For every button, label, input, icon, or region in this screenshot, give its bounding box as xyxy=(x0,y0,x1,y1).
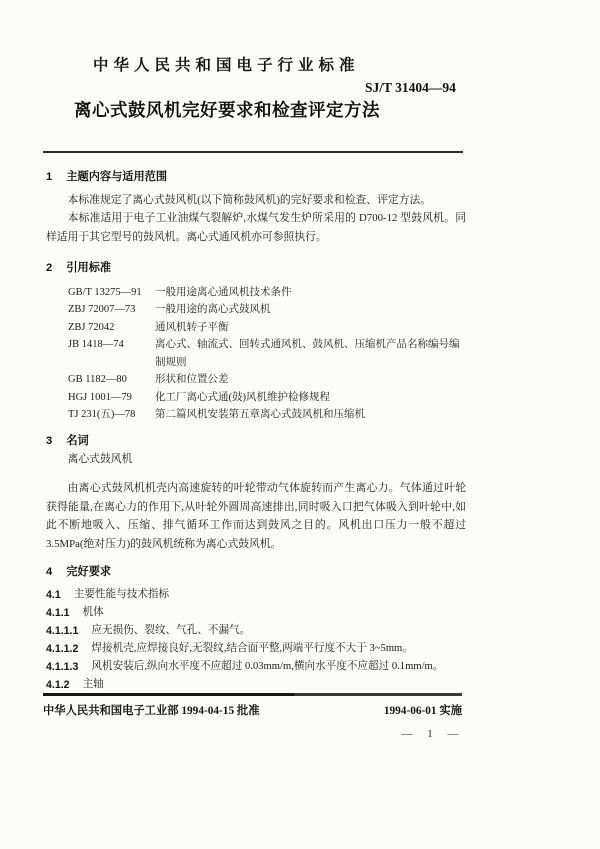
term: 离心式鼓风机 xyxy=(46,450,466,469)
clause-number: 4.1.2 xyxy=(46,676,70,694)
standard-org-line: 中华人民共和国电子行业标准 xyxy=(93,53,360,75)
footer-divider xyxy=(43,693,462,696)
section-3-number: 3 xyxy=(46,435,52,447)
clause-list: 4.1 主要性能与技术指标 4.1.1 机体 4.1.1.1 应无损伤、裂纹、气… xyxy=(46,586,466,694)
reference-row: GB/T 13275—91 一般用途离心通风机技术条件 xyxy=(68,284,466,302)
clause-number: 4.1 xyxy=(46,586,61,604)
section-2-title: 引用标准 xyxy=(66,262,111,274)
reference-code: GB/T 13275—91 xyxy=(68,284,155,302)
footer-approval: 中华人民共和国电子工业部 1994-04-15 批准 xyxy=(43,702,260,718)
clause-text: 主轴 xyxy=(83,676,104,694)
clause-row: 4.1.2 主轴 xyxy=(46,676,466,694)
reference-code: GB 1182—80 xyxy=(68,371,155,389)
reference-title: 形状和位置公差 xyxy=(155,371,466,389)
section-3-title: 名词 xyxy=(66,435,88,447)
clause-row: 4.1.1.1 应无损伤、裂纹、气孔、不漏气。 xyxy=(46,622,466,640)
clause-number: 4.1.1.2 xyxy=(46,640,78,658)
section-3-heading: 3 名词 xyxy=(46,432,466,451)
reference-row: HGJ 1001—79 化工厂离心式通(鼓)风机维护检修规程 xyxy=(68,389,466,407)
section-1-number: 1 xyxy=(46,171,52,183)
reference-title: 一般用途的离心式鼓风机 xyxy=(155,301,466,319)
clause-row: 4.1.1.3 风机安装后,纵向水平度不应超过 0.03mm/m,横向水平度不应… xyxy=(46,658,466,676)
clause-text: 风机安装后,纵向水平度不应超过 0.03mm/m,横向水平度不应超过 0.1mm… xyxy=(91,658,443,676)
clause-text: 主要性能与技术指标 xyxy=(74,586,169,604)
header-divider xyxy=(43,151,463,153)
clause-number: 4.1.1.3 xyxy=(46,658,78,676)
section-1-paragraph-2: 本标准适用于电子工业油煤气裂解炉,水煤气发生炉所采用的 D700-12 型鼓风机… xyxy=(46,209,466,246)
reference-code: TJ 231(五)—78 xyxy=(68,406,155,424)
footer-implementation: 1994-06-01 实施 xyxy=(384,702,462,718)
section-1-heading: 1 主题内容与适用范围 xyxy=(46,168,466,187)
clause-row: 4.1 主要性能与技术指标 xyxy=(46,586,466,604)
reference-code: JB 1418—74 xyxy=(68,336,155,371)
clause-text: 焊接机壳,应焊接良好,无裂纹,结合面平整,两端平行度不大于 3~5mm。 xyxy=(91,640,412,658)
clause-text: 机体 xyxy=(83,604,104,622)
reference-row: GB 1182—80 形状和位置公差 xyxy=(68,371,466,389)
clause-row: 4.1.1 机体 xyxy=(46,604,466,622)
reference-title: 第二篇风机安装第五章离心式鼓风机和压缩机 xyxy=(155,406,466,424)
footer: 中华人民共和国电子工业部 1994-04-15 批准 1994-06-01 实施 xyxy=(43,702,462,718)
reference-row: ZBJ 72042 通风机转子平衡 xyxy=(68,319,466,337)
reference-row: TJ 231(五)—78 第二篇风机安装第五章离心式鼓风机和压缩机 xyxy=(68,406,466,424)
page-number: — 1 — xyxy=(385,728,475,740)
reference-list: GB/T 13275—91 一般用途离心通风机技术条件 ZBJ 72007—73… xyxy=(46,284,466,424)
standard-code: SJ/T 31404—94 xyxy=(365,80,456,96)
document-title: 离心式鼓风机完好要求和检查评定方法 xyxy=(74,97,380,122)
reference-title: 化工厂离心式通(鼓)风机维护检修规程 xyxy=(155,389,466,407)
reference-title: 离心式、轴流式、回转式通风机、鼓风机、压缩机产品名称编号编制规则 xyxy=(155,336,466,371)
clause-row: 4.1.1.2 焊接机壳,应焊接良好,无裂纹,结合面平整,两端平行度不大于 3~… xyxy=(46,640,466,658)
reference-row: JB 1418—74 离心式、轴流式、回转式通风机、鼓风机、压缩机产品名称编号编… xyxy=(68,336,466,371)
section-4-number: 4 xyxy=(46,566,52,578)
reference-code: HGJ 1001—79 xyxy=(68,389,155,407)
clause-text: 应无损伤、裂纹、气孔、不漏气。 xyxy=(91,622,250,640)
clause-number: 4.1.1.1 xyxy=(46,622,78,640)
section-2-number: 2 xyxy=(46,262,52,274)
reference-code: ZBJ 72007—73 xyxy=(68,301,155,319)
document-body: 1 主题内容与适用范围 本标准规定了离心式鼓风机(以下简称鼓风机)的完好要求和检… xyxy=(46,163,466,694)
section-1-paragraph-1: 本标准规定了离心式鼓风机(以下简称鼓风机)的完好要求和检查、评定方法。 xyxy=(46,191,466,210)
reference-row: ZBJ 72007—73 一般用途的离心式鼓风机 xyxy=(68,301,466,319)
reference-title: 通风机转子平衡 xyxy=(155,319,466,337)
reference-title: 一般用途离心通风机技术条件 xyxy=(155,284,466,302)
reference-code: ZBJ 72042 xyxy=(68,319,155,337)
standard-document-page: 中华人民共和国电子行业标准 SJ/T 31404—94 离心式鼓风机完好要求和检… xyxy=(0,0,600,849)
term-definition: 由离心式鼓风机机壳内高速旋转的叶轮带动气体旋转而产生离心力。气体通过叶轮获得能量… xyxy=(46,479,466,553)
section-4-heading: 4 完好要求 xyxy=(46,563,466,582)
section-4-title: 完好要求 xyxy=(66,566,111,578)
clause-number: 4.1.1 xyxy=(46,604,70,622)
section-2-heading: 2 引用标准 xyxy=(46,259,466,278)
section-1-title: 主题内容与适用范围 xyxy=(66,171,167,183)
